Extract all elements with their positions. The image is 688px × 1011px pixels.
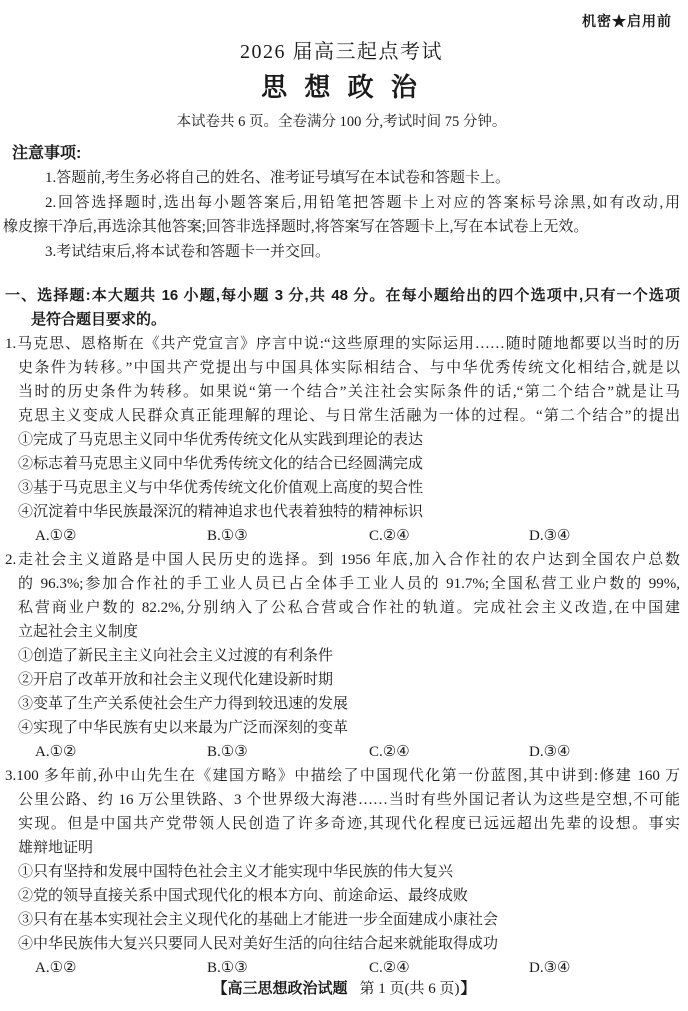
question-2-choice-row: A.①② B.①③ C.②④ D.③④	[3, 740, 680, 764]
question-3-option: ④中华民族伟大复兴只要同人民对美好生活的向往结合起来就能取得成功	[18, 932, 680, 956]
question-2-option: ③变革了生产关系使社会生产力得到较迅速的发展	[18, 692, 680, 716]
choice-b: B.①③	[207, 956, 248, 980]
question-2-line: 的 96.3%;参加合作社的手工业人员已占全体手工业人员的 91.7%;全国私营…	[18, 572, 680, 596]
question-2-option: ①创造了新民主主义向社会主义过渡的有利条件	[18, 644, 680, 668]
notice-title: 注意事项:	[12, 142, 680, 166]
question-3-line: 实现。但是中国共产党带领人民创造了许多奇迹,其现代化程度已远远超出先辈的设想。事…	[18, 812, 680, 836]
choice-a: A.①②	[35, 740, 76, 764]
notice-line-2: 2.回答选择题时,选出每小题答案后,用铅笔把答题卡上对应的答案标号涂黑,如有改动…	[45, 191, 680, 216]
choice-b: B.①③	[207, 524, 248, 548]
exam-paper-page: 机密★启用前 2026 届高三起点考试 思 想 政 治 本试卷共 6 页。全卷满…	[0, 0, 688, 1011]
question-3-line: 雄辩地证明	[18, 836, 680, 860]
question-1-line: 当时的历史条件为转移。如果说“第一个结合”关注社会实际条件的话,“第二个结合”就…	[18, 380, 680, 404]
question-3-choice-row: A.①② B.①③ C.②④ D.③④	[3, 956, 680, 980]
notice-line-3: 3.考试结束后,将本试卷和答题卡一并交回。	[45, 240, 680, 265]
exam-title: 2026 届高三起点考试	[3, 40, 680, 64]
question-2-line: 立起社会主义制度	[18, 620, 680, 644]
question-1-choice-row: A.①② B.①③ C.②④ D.③④	[3, 524, 680, 548]
question-3-option: ③只有在基本实现社会主义现代化的基础上才能进一步全面建成小康社会	[18, 908, 680, 932]
security-label: 机密★启用前	[3, 12, 680, 30]
choice-d: D.③④	[529, 740, 570, 764]
notice-line-1: 1.答题前,考生务必将自己的姓名、准考证号填写在本试卷和答题卡上。	[45, 166, 680, 191]
question-1-option: ③基于马克思主义与中华优秀传统文化价值观上高度的契合性	[18, 476, 680, 500]
footer-page-number: 第 1 页(共 6 页)	[360, 981, 460, 997]
question-3-option: ①只有坚持和发展中国特色社会主义才能实现中华民族的伟大复兴	[18, 860, 680, 884]
notice-line-2-wrap: 橡皮擦干净后,再选涂其他答案;回答非选择题时,将答案写在答题卡上,写在本试卷上无…	[3, 215, 680, 240]
page-footer: 【高三思想政治试题第 1 页(共 6 页)】	[0, 979, 688, 999]
subject-title: 思 想 政 治	[3, 72, 680, 102]
question-3-line: 3.100 多年前,孙中山先生在《建国方略》中描绘了中国现代化第一份蓝图,其中讲…	[5, 764, 680, 788]
paper-info: 本试卷共 6 页。全卷满分 100 分,考试时间 75 分钟。	[3, 112, 680, 132]
question-1-line: 克思主义变成人民群众真正能理解的理论、与日常生活融为一体的过程。“第二个结合”的…	[18, 404, 680, 428]
choice-d: D.③④	[529, 524, 570, 548]
question-1-line: 史条件为转移。”中国共产党提出与中国具体实际相结合、与中华优秀传统文化相结合,就…	[18, 356, 680, 380]
choice-a: A.①②	[35, 956, 76, 980]
choice-c: C.②④	[369, 956, 410, 980]
footer-closing-bracket: 】	[461, 980, 476, 997]
question-3-option: ②党的领导直接关系中国式现代化的根本方向、前途命运、最终成败	[18, 884, 680, 908]
choice-d: D.③④	[529, 956, 570, 980]
choice-c: C.②④	[369, 524, 410, 548]
question-1-line: 1.马克思、恩格斯在《共产党宣言》序言中说:“这些原理的实际运用……随时随地都要…	[5, 332, 680, 356]
question-2-option: ②开启了改革开放和社会主义现代化建设新时期	[18, 668, 680, 692]
question-1-option: ④沉淀着中华民族最深沉的精神追求也代表着独特的精神标识	[18, 500, 680, 524]
footer-paper-label: 【高三思想政治试题	[212, 980, 347, 997]
section-heading-line-1: 一、选择题:本大题共 16 小题,每小题 3 分,共 48 分。在每小题给出的四…	[5, 284, 680, 308]
question-2-line: 2.走社会主义道路是中国人民历史的选择。到 1956 年底,加入合作社的农户达到…	[5, 548, 680, 572]
question-3-line: 公里公路、约 16 万公里铁路、3 个世界级大海港……当时有些外国记者认为这些是…	[18, 788, 680, 812]
question-2-option: ④实现了中华民族有史以来最为广泛而深刻的变革	[18, 716, 680, 740]
choice-b: B.①③	[207, 740, 248, 764]
choice-c: C.②④	[369, 740, 410, 764]
question-1-option: ①完成了马克思主义同中华优秀传统文化从实践到理论的表达	[18, 428, 680, 452]
section-heading-line-2: 是符合题目要求的。	[31, 308, 680, 332]
question-1-option: ②标志着马克思主义同中华优秀传统文化的结合已经圆满完成	[18, 452, 680, 476]
choice-a: A.①②	[35, 524, 76, 548]
question-2-line: 私营商业户数的 82.2%,分别纳入了公私合营或合作社的轨道。完成社会主义改造,…	[18, 596, 680, 620]
